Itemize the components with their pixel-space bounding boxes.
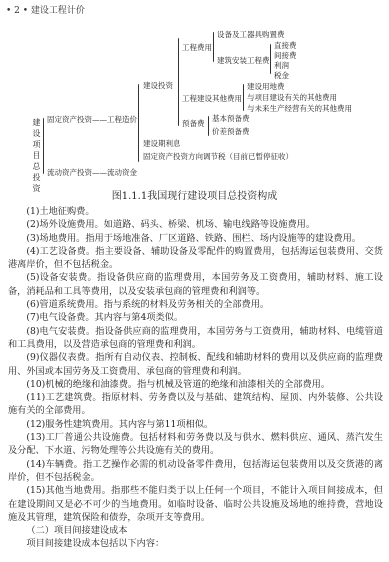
paragraph: (14)车辆费。指工艺操作必需的机动设备零件费用，包括海运包装费用以及交货港的离… <box>8 458 383 485</box>
indirect-cost-label: 间接费 <box>274 51 297 60</box>
paragraph: (13)工厂普通公共设施费。包括材料和劳务费以及与供水、燃料供应、通风、蒸汽发生… <box>8 431 383 458</box>
reserve-label: 预备费 <box>182 119 205 128</box>
direct-cost-label: 直接费 <box>274 41 297 50</box>
root-label: 建设项目总投资 <box>32 117 41 194</box>
paragraph: (4)工艺设备费。指主要设备、辅助设备及零配件的购置费用，包括海运包装费用、交货… <box>8 245 383 272</box>
adjust-tax-label: 固定资产投资方向调节税（目前已暂停征收） <box>143 152 293 161</box>
paragraph: (6)管道系统费用。指与系统的材料及劳务相关的全部费用。 <box>8 298 383 311</box>
future-related-label: 与未来生产经营有关的其他费用 <box>247 104 352 113</box>
installation-cost-label: 建筑安装工程费 <box>217 56 270 65</box>
price-reserve-label: 价差预备费 <box>212 127 250 136</box>
project-related-label: 与项目建设有关的其他费用 <box>247 93 337 102</box>
equipment-purchase-label: 设备及工器具购置费 <box>217 30 285 39</box>
paragraph: (2)场外设施费用。如道路、码头、桥梁、机场、输电线路等设施费用。 <box>8 218 383 231</box>
current-asset-label: 流动资产投资——流动资金 <box>47 168 137 177</box>
installation-brace <box>270 44 271 74</box>
paragraph: (7)电气设备费。其内容与第4项类似。 <box>8 311 383 324</box>
other-cost-label: 工程建设其他费用 <box>182 94 242 103</box>
reserve-brace <box>208 116 209 136</box>
paragraph: (9)仪器仪表费。指所有自动仪表、控制板、配线和辅助材料的费用以及供应商的监理费… <box>8 351 383 378</box>
paragraph: (15)其他当地费用。指那些不能归类于以上任何一个项目，不能计入项目间接成本，但… <box>8 484 383 524</box>
paragraph: (8)电气安装费。指设备供应商的监理费用，本国劳务与工资费用，辅助材料、电缆管道… <box>8 325 383 352</box>
other-cost-brace <box>243 84 244 111</box>
fixed-asset-label: 固定资产投资——工程造价 <box>47 115 137 124</box>
construction-brace <box>178 38 179 126</box>
page-header: • 2 • 建设工程计价 <box>6 3 85 16</box>
land-fee-label: 建设用地费 <box>247 82 285 91</box>
paragraph: (12)服务性建筑费用。其内容与第11项相似。 <box>8 418 383 431</box>
root-brace <box>43 118 44 174</box>
section-heading: （二）项目间接建设成本 <box>8 524 383 537</box>
profit-label: 利润 <box>274 61 289 70</box>
body-text: (1)土地征购费。 (2)场外设施费用。如道路、码头、桥梁、机场、输电线路等设施… <box>8 205 383 551</box>
paragraph: 项目间接建设成本包括以下内容： <box>8 537 383 550</box>
paragraph: (11)工艺建筑费。指原材料、劳务费以及与基础、建筑结构、屋顶、内外装修、公共设… <box>8 391 383 418</box>
engineering-brace <box>213 32 214 62</box>
fixed-asset-brace <box>138 84 139 162</box>
paragraph: (1)土地征购费。 <box>8 205 383 218</box>
basic-reserve-label: 基本预备费 <box>212 114 250 123</box>
interest-label: 建设期利息 <box>143 139 181 148</box>
construction-investment-label: 建设投资 <box>143 81 173 90</box>
paragraph: (5)设备安装费。指设备供应商的监理费用，本国劳务及工资费用，辅助材料、施工设备… <box>8 271 383 298</box>
figure-caption: 图1.1.1我国现行建设项目总投资构成 <box>0 187 389 202</box>
paragraph: (3)场地费用。指用于场地准备、厂区道路、铁路、围栏、场内设施等的建设费用。 <box>8 232 383 245</box>
tax-label: 税金 <box>274 71 289 80</box>
paragraph: (10)机械的绝缘和油漆费。指与机械及管道的绝缘和油漆相关的全部费用。 <box>8 378 383 391</box>
engineering-cost-label: 工程费用 <box>182 43 212 52</box>
